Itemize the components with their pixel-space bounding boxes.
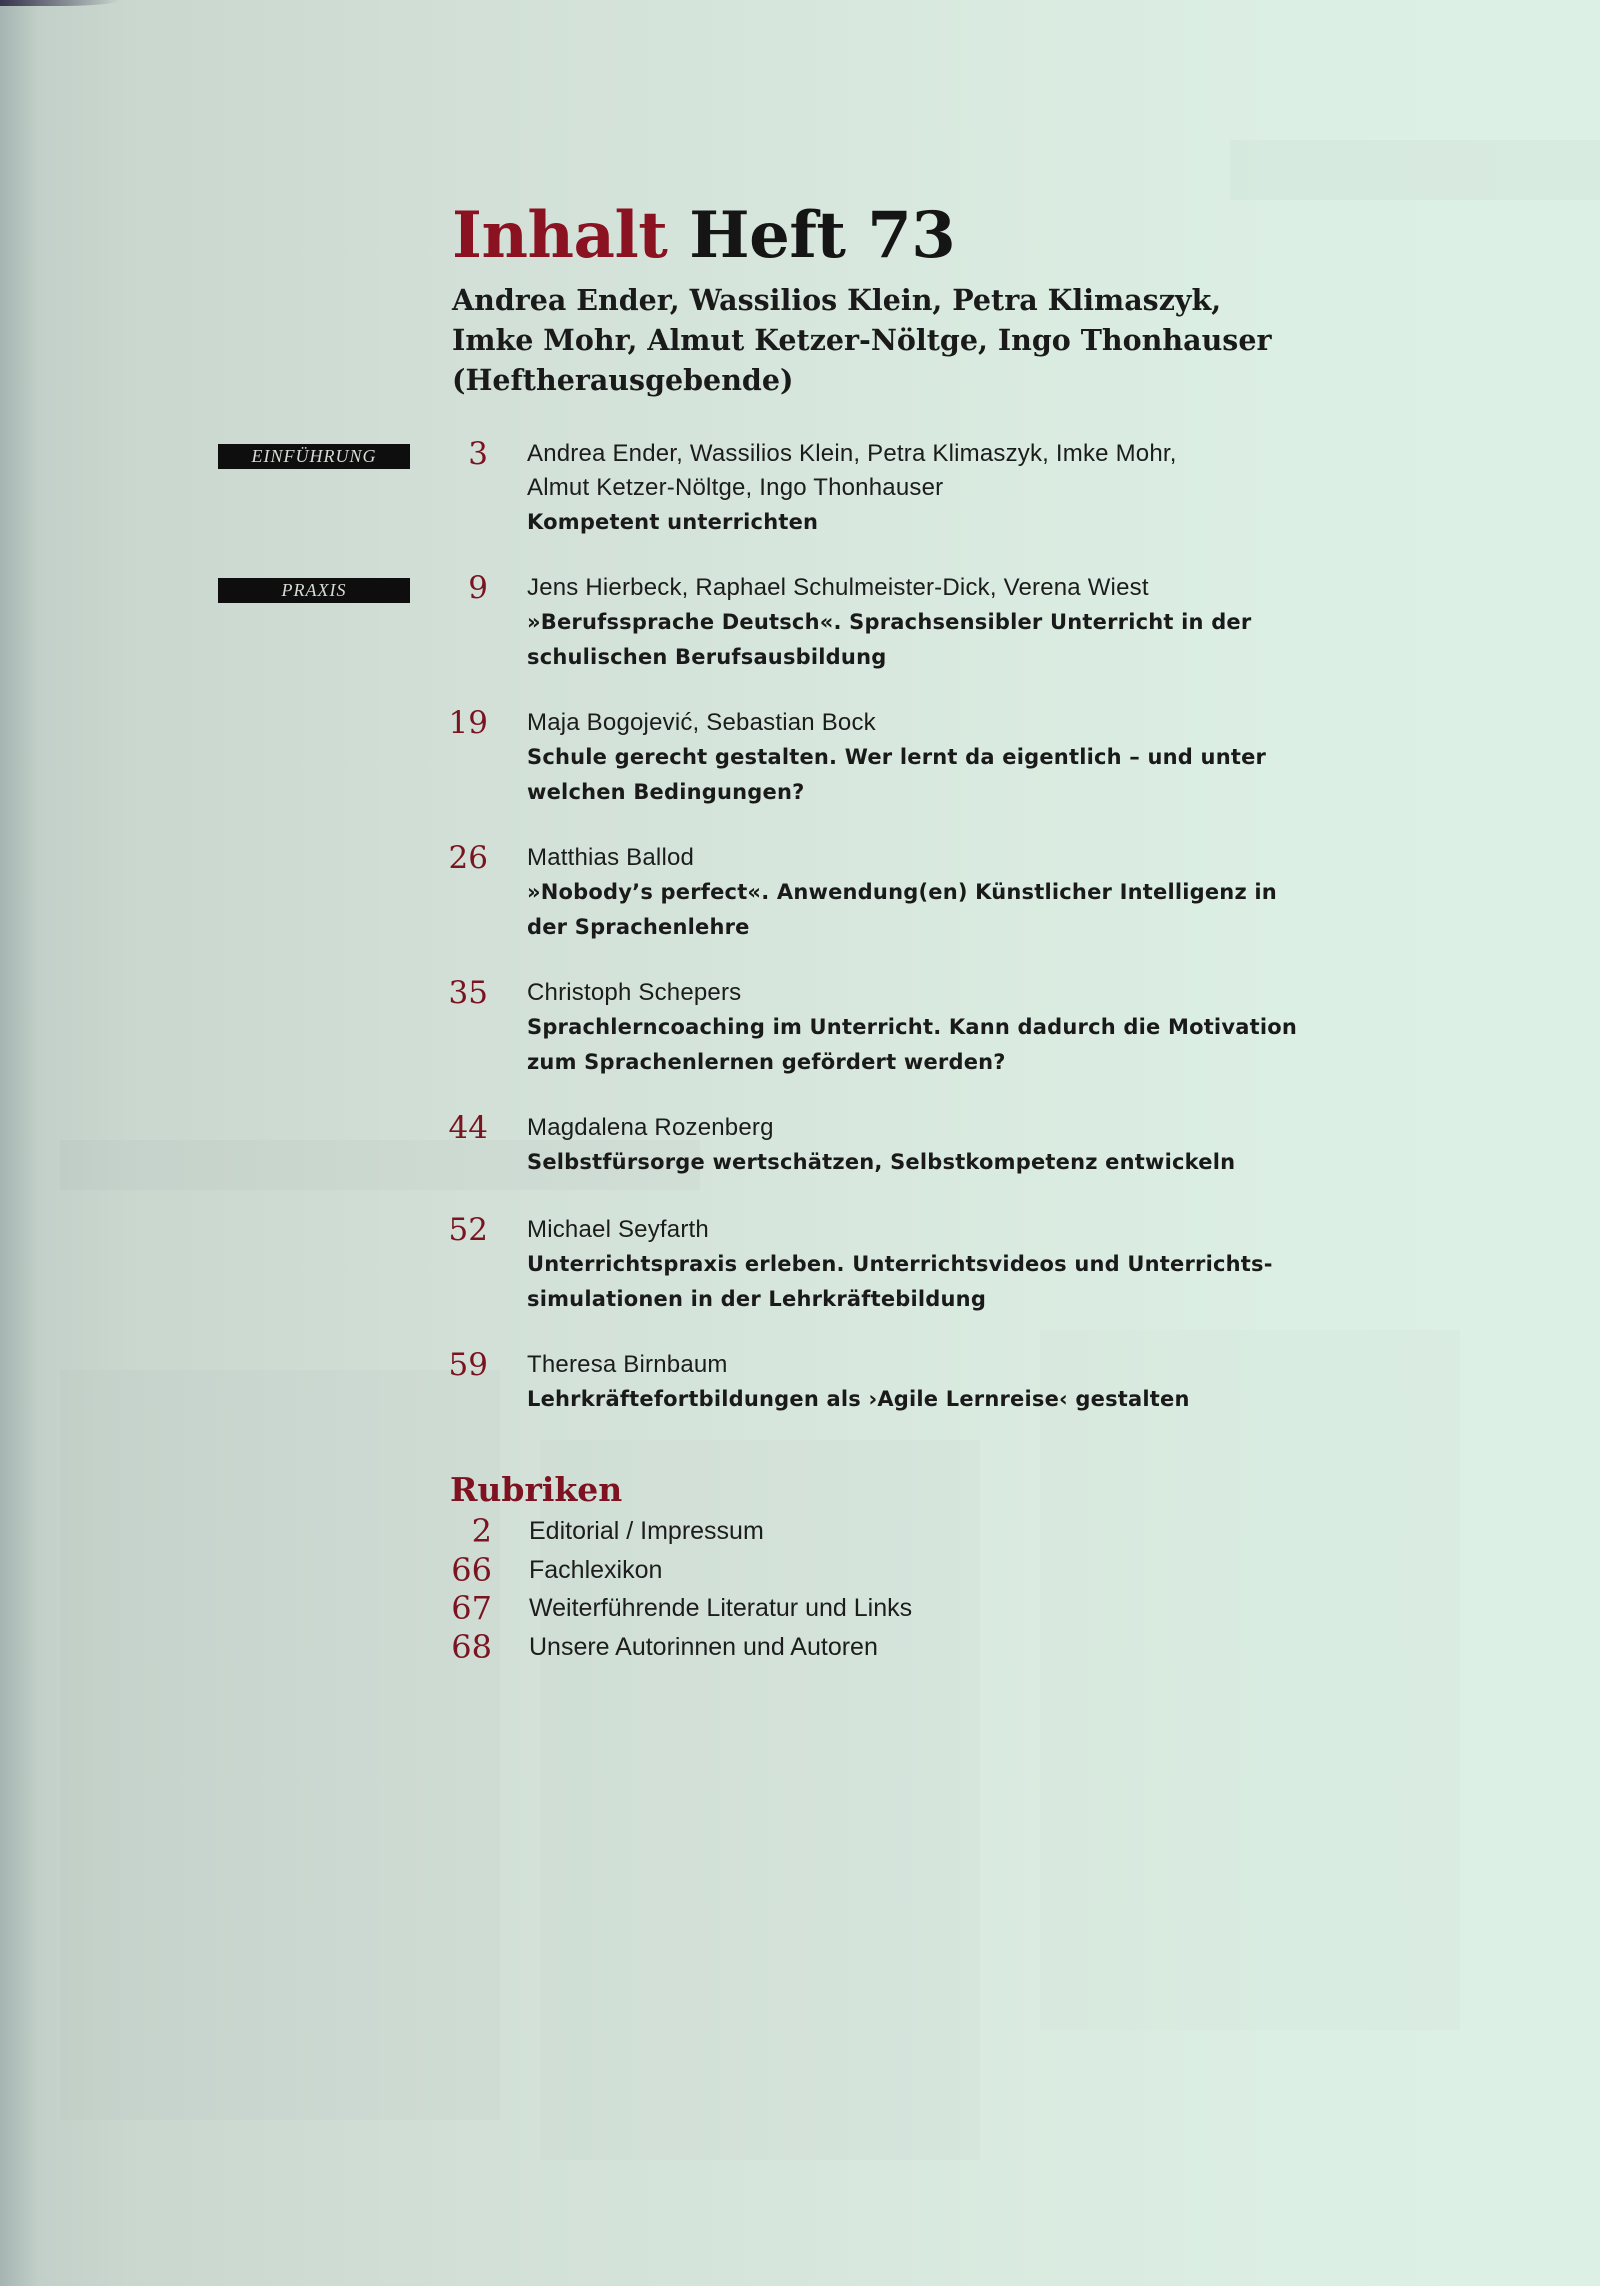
entry-authors: Theresa Birnbaum bbox=[527, 1348, 1327, 1382]
page-number: 26 bbox=[430, 841, 488, 875]
page-number: 44 bbox=[430, 1111, 488, 1145]
entry-title: welchen Bedingungen? bbox=[527, 775, 1327, 810]
rubriken-label: Unsere Autorinnen und Autoren bbox=[529, 1628, 878, 1666]
entry-authors: Jens Hierbeck, Raphael Schulmeister-Dick… bbox=[527, 571, 1327, 605]
entry-authors: Christoph Schepers bbox=[527, 976, 1327, 1010]
page-gutter-shadow bbox=[0, 0, 40, 2286]
bleed-through-block bbox=[1040, 1330, 1460, 2030]
entry-body: Jens Hierbeck, Raphael Schulmeister-Dick… bbox=[527, 571, 1327, 674]
page-number: 66 bbox=[430, 1551, 492, 1589]
page-number: 67 bbox=[430, 1589, 492, 1627]
entry-authors: Andrea Ender, Wassilios Klein, Petra Kli… bbox=[527, 437, 1327, 471]
entry-body: Christoph Schepers Sprachlerncoaching im… bbox=[527, 976, 1327, 1079]
entry-title: Unterrichtspraxis erleben. Unterrichtsvi… bbox=[527, 1247, 1327, 1282]
entry-title: der Sprachenlehre bbox=[527, 910, 1327, 945]
rubriken-heading: Rubriken bbox=[450, 1470, 622, 1510]
title-inhalt: Inhalt bbox=[452, 198, 667, 273]
entry-title: Selbstfürsorge wertschätzen, Selbstkompe… bbox=[527, 1145, 1327, 1180]
page-number: 9 bbox=[430, 571, 488, 605]
page-number: 35 bbox=[430, 976, 488, 1010]
rubriken-item[interactable]: 68 Unsere Autorinnen und Autoren bbox=[430, 1628, 1130, 1666]
editors-line: Imke Mohr, Almut Ketzer-Nöltge, Ingo Tho… bbox=[452, 320, 1352, 360]
page-number: 19 bbox=[430, 706, 488, 740]
entry-body: Andrea Ender, Wassilios Klein, Petra Kli… bbox=[527, 437, 1327, 540]
entry-title: Kompetent unterrichten bbox=[527, 505, 1327, 540]
entry-authors: Matthias Ballod bbox=[527, 841, 1327, 875]
entry-authors: Magdalena Rozenberg bbox=[527, 1111, 1327, 1145]
page-number: 52 bbox=[430, 1213, 488, 1247]
rubriken-label: Weiterführende Literatur und Links bbox=[529, 1589, 912, 1627]
title-issue: Heft 73 bbox=[689, 198, 955, 273]
entry-body: Magdalena Rozenberg Selbstfürsorge werts… bbox=[527, 1111, 1327, 1180]
editors-line: (Heftherausgebende) bbox=[452, 360, 1352, 400]
rubriken-item[interactable]: 67 Weiterführende Literatur und Links bbox=[430, 1589, 1130, 1627]
rubriken-label: Editorial / Impressum bbox=[529, 1512, 764, 1550]
page-top-edge bbox=[0, 0, 120, 6]
bleed-through-block bbox=[60, 1370, 500, 2120]
rubriken-item[interactable]: 2 Editorial / Impressum bbox=[430, 1512, 1130, 1550]
bleed-through-block bbox=[1230, 140, 1600, 200]
entry-authors: Michael Seyfarth bbox=[527, 1213, 1327, 1247]
page-title: Inhalt Heft 73 bbox=[452, 198, 1352, 274]
entry-body: Theresa Birnbaum Lehrkräftefortbildungen… bbox=[527, 1348, 1327, 1417]
entry-title: »Nobody’s perfect«. Anwendung(en) Künstl… bbox=[527, 875, 1327, 910]
entry-title: Sprachlerncoaching im Unterricht. Kann d… bbox=[527, 1010, 1327, 1045]
entry-body: Michael Seyfarth Unterrichtspraxis erleb… bbox=[527, 1213, 1327, 1316]
entry-title: Schule gerecht gestalten. Wer lernt da e… bbox=[527, 740, 1327, 775]
entry-title: schulischen Berufsausbildung bbox=[527, 640, 1327, 675]
page-number: 59 bbox=[430, 1348, 488, 1382]
entry-authors: Almut Ketzer-Nöltge, Ingo Thonhauser bbox=[527, 471, 1327, 505]
section-label-einfuehrung: EINFÜHRUNG bbox=[218, 444, 410, 469]
entry-body: Maja Bogojević, Sebastian Bock Schule ge… bbox=[527, 706, 1327, 809]
page-number: 2 bbox=[430, 1512, 492, 1550]
rubriken-label: Fachlexikon bbox=[529, 1551, 662, 1589]
page-number: 3 bbox=[430, 437, 488, 471]
entry-title: »Berufssprache Deutsch«. Sprachsensibler… bbox=[527, 605, 1327, 640]
rubriken-item[interactable]: 66 Fachlexikon bbox=[430, 1551, 1130, 1589]
entry-authors: Maja Bogojević, Sebastian Bock bbox=[527, 706, 1327, 740]
page-number: 68 bbox=[430, 1628, 492, 1666]
editors-line: Andrea Ender, Wassilios Klein, Petra Kli… bbox=[452, 280, 1352, 320]
section-label-praxis: PRAXIS bbox=[218, 578, 410, 603]
toc-header: Inhalt Heft 73 Andrea Ender, Wassilios K… bbox=[452, 198, 1352, 400]
entry-body: Matthias Ballod »Nobody’s perfect«. Anwe… bbox=[527, 841, 1327, 944]
issue-editors: Andrea Ender, Wassilios Klein, Petra Kli… bbox=[452, 280, 1352, 400]
entry-title: zum Sprachenlernen gefördert werden? bbox=[527, 1045, 1327, 1080]
entry-title: Lehrkräftefortbildungen als ›Agile Lernr… bbox=[527, 1382, 1327, 1417]
entry-title: simulationen in der Lehrkräftebildung bbox=[527, 1282, 1327, 1317]
